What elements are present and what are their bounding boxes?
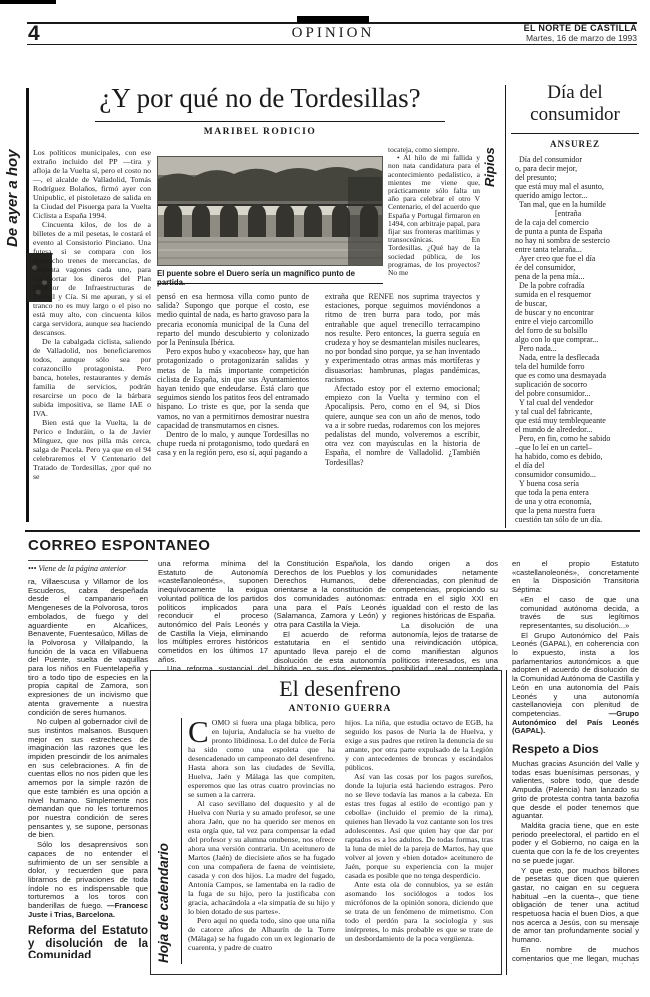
edition-date: Martes, 16 de marzo de 1993 xyxy=(430,33,637,43)
letters-column-3: la Constitución Española, los Derechos d… xyxy=(274,560,386,672)
article-headline: ¿Y por qué no de Tordesillas? xyxy=(40,83,480,113)
left-rail-bar xyxy=(26,88,29,522)
section-divider-rule xyxy=(25,530,640,532)
article-column-3: extraña que RENFE nos suprima trayectos … xyxy=(325,292,480,530)
photo-caption: El puente sobre el Duero sería un magníf… xyxy=(157,269,383,287)
left-rail-label: De ayer a hoy xyxy=(4,87,21,247)
continuation-note: ••• Viene de la página anterior xyxy=(28,560,148,574)
header-rule-bottom xyxy=(27,44,637,45)
poem-byline: ANSUREZ xyxy=(511,139,639,150)
letters-section-title: CORREO ESPONTANEO xyxy=(28,537,210,554)
poem-body: Día del consumidor o, para decir mejor, … xyxy=(515,155,639,529)
newspaper-page: 4 OPINION EL NORTE DE CASTILLA Martes, 1… xyxy=(0,0,650,997)
letters-column-1: ••• Viene de la página anterior ra, Vill… xyxy=(28,560,148,958)
letters-column-2: una reforma mínima del Estatuto de Auton… xyxy=(158,560,268,672)
article-column-1: Los políticos municipales, con ese extra… xyxy=(33,148,151,532)
letter-subhead: Respeto a Dios xyxy=(512,743,639,756)
masthead: EL NORTE DE CASTILLA Martes, 16 de marzo… xyxy=(430,23,637,43)
boxed-article-column-2: hijos. La niña, que estudia octavo de EG… xyxy=(345,718,493,966)
boxed-article-headline: El desenfreno xyxy=(185,676,495,701)
section-title: OPINION xyxy=(240,25,426,42)
caption-rule xyxy=(157,283,383,284)
letter-text: Sólo los desaprensivos son capaces de no… xyxy=(28,840,148,910)
box-right-rule xyxy=(506,670,507,975)
poem-title: Día del consumidor xyxy=(511,82,639,126)
article-column-4: tocateja, como siempre. • Al hilo de mi … xyxy=(388,146,480,296)
article-column-2: pensó en esa hermosa villa como punto de… xyxy=(157,292,309,530)
bridge-photo xyxy=(157,156,383,266)
paper-name: EL NORTE DE CASTILLA xyxy=(430,23,637,33)
scan-artifact xyxy=(0,0,56,4)
opinion-header-bar xyxy=(297,16,369,23)
column-separator-rule xyxy=(505,85,506,528)
boxed-article-byline: ANTONIO GUERRA xyxy=(185,704,495,715)
drop-cap: C xyxy=(188,719,209,745)
body-text: OMO si fuera una plaga bíblica, pero en … xyxy=(188,718,335,799)
letter-text: En nombre de muchos comentarios que me l… xyxy=(512,945,639,964)
article-byline: MARIBEL RODICIO xyxy=(40,127,480,138)
letters-column-4: dando origen a dos comunidades netamente… xyxy=(392,560,498,672)
statute-quote: «En el caso de que una comunidad autónom… xyxy=(512,596,639,631)
boxed-article-column-1: COMO si fuera una plaga bíblica, pero en… xyxy=(188,718,335,966)
letter-text: El Grupo Autonómico del País Leonés (GAP… xyxy=(512,631,639,718)
poem-title-rule xyxy=(511,133,639,134)
ripios-label: Ripios xyxy=(482,127,497,187)
calendar-rail-label: Hoja de calendario xyxy=(156,713,171,963)
letter-subhead: Reforma del Estatuto y disolución de la … xyxy=(28,925,148,958)
letters-column-5: en el propio Estatuto «castellanoleonés»… xyxy=(512,560,639,964)
headline-rule xyxy=(95,121,445,122)
page-number: 4 xyxy=(28,23,40,44)
box-rail-rule xyxy=(181,718,182,964)
